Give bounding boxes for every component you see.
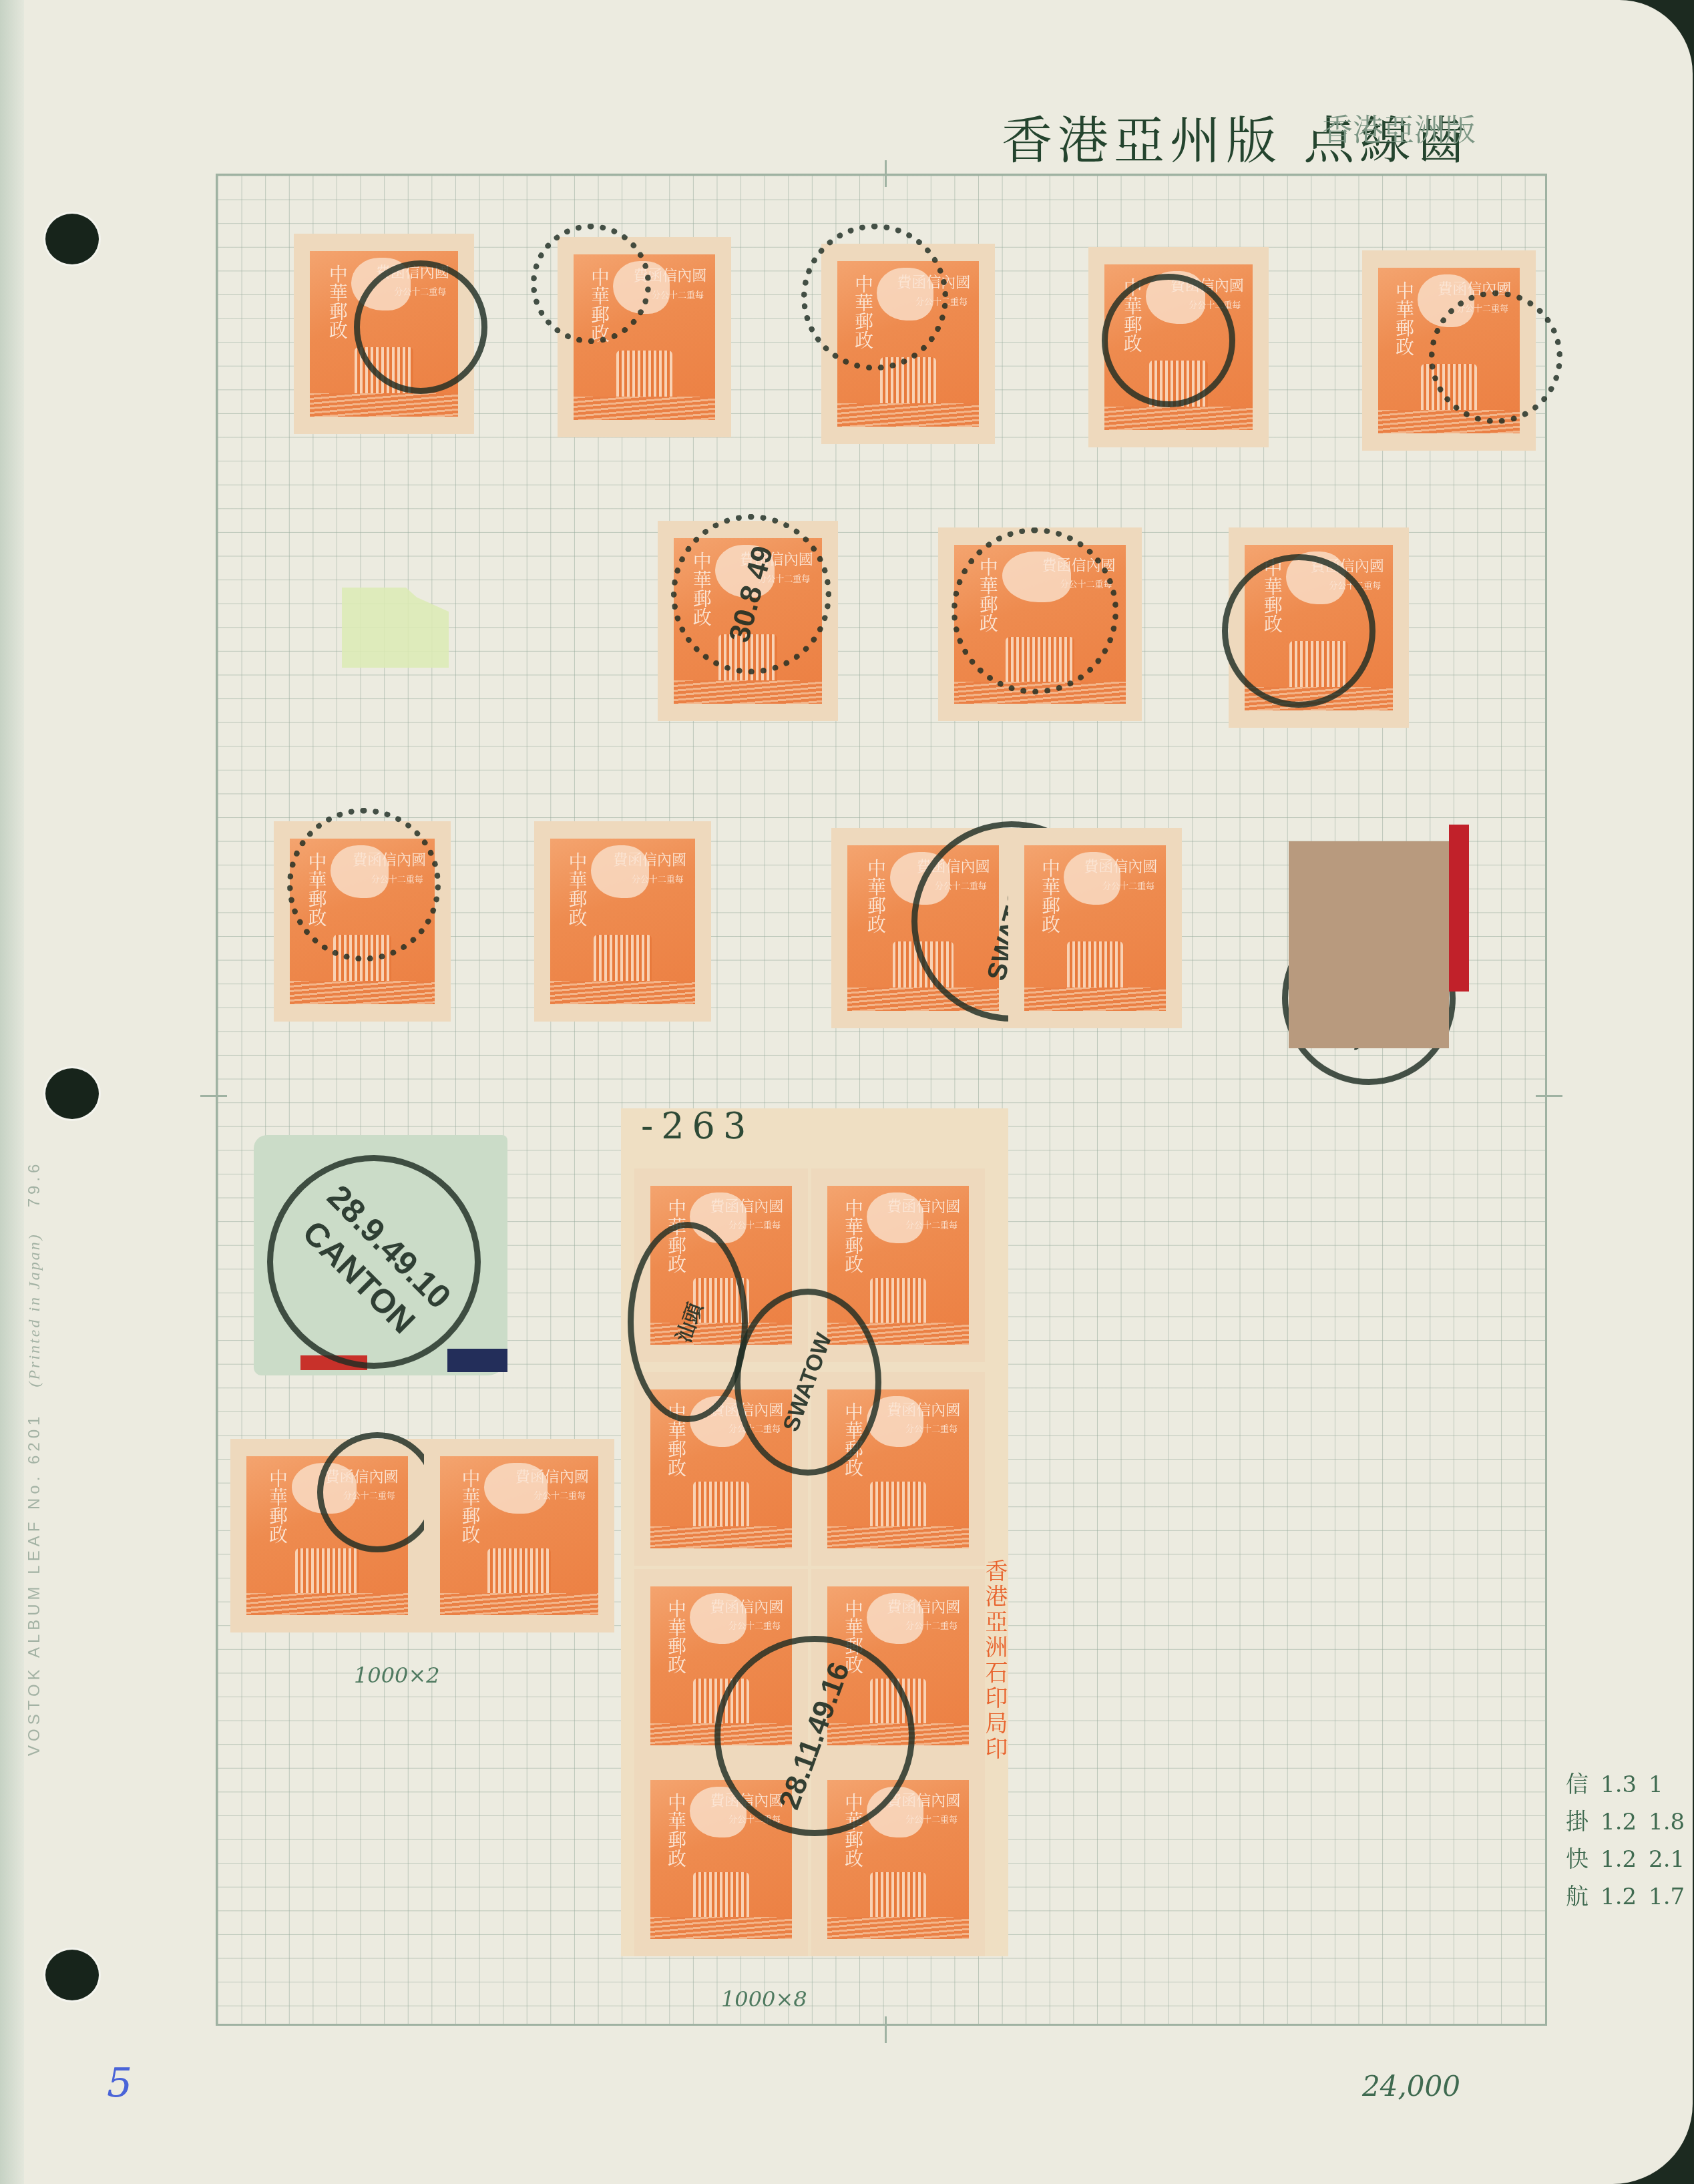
postmark [1429, 290, 1562, 424]
pair-quantity: 1000×2 [354, 1663, 440, 1688]
rate-text: 分公十二重每 [1102, 879, 1154, 891]
value-a: 1.2 [1601, 1884, 1637, 1910]
ground [837, 403, 979, 427]
center-mark [1536, 1095, 1562, 1097]
locomotive [870, 1482, 927, 1529]
locomotive [295, 1548, 360, 1596]
binder-hole [45, 1950, 99, 2000]
ground [290, 981, 435, 1004]
ground [246, 1593, 408, 1615]
locomotive [487, 1548, 551, 1596]
ground [674, 680, 822, 704]
postmark-date: 28.11.49.16 [773, 1658, 857, 1813]
country-text: 中華郵政 [836, 1198, 864, 1273]
service-text: 費函信內國 [887, 1195, 960, 1216]
value-a: 1.2 [1601, 1809, 1637, 1835]
stamp: 中華郵政費函信內國分公十二重每 [424, 1439, 614, 1632]
stamp: 中華郵政費函信內國分公十二重每 [274, 821, 451, 1022]
service-text: 費函信內國 [887, 1596, 960, 1616]
stamp: 中華郵政費函信內國分公十二重每 [1088, 247, 1269, 447]
binder-hole [45, 1068, 99, 1119]
postmark-cn: 汕頭 [667, 1298, 708, 1345]
swatow-postmark: SWATOW [734, 1289, 881, 1476]
stamp: 中華郵政費函信內國分公十二重每 [1008, 828, 1182, 1028]
service-text: 費函信內國 [710, 1195, 783, 1216]
stamp-design: 中華郵政費函信內國分公十二重每 [550, 839, 695, 1004]
page-number: 5 [107, 2060, 132, 2107]
ground [827, 1526, 969, 1548]
stamp: 中華郵政費函信內國分公十二重每 [821, 244, 995, 444]
value-label: 快 [1566, 1846, 1589, 1873]
album-leaf-imprint: VOSTOK ALBUM LEAF No. 6201 (Printed in J… [25, 1160, 44, 1756]
ground [574, 397, 715, 420]
stamp: 中華郵政費函信內國分公十二重每 [534, 821, 711, 1022]
postmark-text: 28.9.49.10 CANTON [288, 1176, 460, 1348]
country-text: 中華郵政 [256, 1469, 288, 1544]
ground [650, 1526, 792, 1548]
stamp: 中華郵政費函信內國分公十二重每 [230, 1439, 424, 1632]
value-b: 2.1 [1649, 1846, 1685, 1873]
rate-text: 分公十二重每 [728, 1218, 781, 1231]
sheet-number: -263 [641, 1105, 754, 1147]
postmark [1222, 554, 1375, 708]
rate-text: 分公十二重每 [905, 1812, 958, 1825]
album-page: VOSTOK ALBUM LEAF No. 6201 (Printed in J… [0, 0, 1693, 2184]
ground [310, 393, 458, 417]
rate-text: 分公十二重每 [728, 1618, 781, 1631]
block-quantity: 1000×8 [721, 1986, 807, 2012]
stamp: 中華郵政費函信內國分公十二重每30.8 49 [658, 521, 838, 721]
country-text: 中華郵政 [1033, 859, 1061, 933]
locomotive [870, 1278, 927, 1325]
ground [650, 1917, 792, 1939]
swatow-postmark: 28.11.49.16 [714, 1636, 915, 1836]
stamp: 中華郵政費函信內國分公十二重每 [558, 237, 731, 437]
stamp-design: 中華郵政費函信內國分公十二重每 [440, 1456, 598, 1615]
country-text: 中華郵政 [559, 852, 588, 927]
rate-text: 分公十二重每 [534, 1488, 586, 1501]
stamp: 中華郵政費函信內國分公十二重每 [1229, 527, 1409, 728]
postmark: 30.8 49 [671, 514, 831, 674]
postmark [317, 1432, 437, 1552]
leaf-name: VOSTOK ALBUM LEAF No. 6201 [25, 1413, 43, 1756]
country-text: 中華郵政 [319, 264, 348, 339]
locomotive [616, 351, 673, 400]
rate-text: 分公十二重每 [652, 288, 704, 300]
service-text: 費函信內國 [613, 849, 686, 869]
postmark [1102, 274, 1235, 407]
value-table: 信1.31掛1.21.8快1.22.1航1.21.7 [1566, 1766, 1685, 1916]
airmail-stripe-blue [447, 1349, 507, 1372]
value-row: 信1.31 [1566, 1766, 1685, 1803]
locomotive [693, 1482, 750, 1529]
stamp-design: 中華郵政費函信內國分公十二重每 [1024, 845, 1166, 1011]
locomotive [594, 935, 652, 984]
leaf-note: (Printed in Japan) [26, 1233, 43, 1387]
postmark-text: 30.8 49 [722, 543, 780, 646]
page-title-annotation: 香港亞洲版 [1322, 105, 1476, 150]
country-text: 中華郵政 [1387, 281, 1415, 356]
postmark [531, 224, 651, 344]
postmark [801, 224, 948, 371]
registration-label-edge [1449, 825, 1469, 992]
value-b: 1.8 [1649, 1809, 1685, 1835]
rate-text: 分公十二重每 [632, 872, 684, 885]
binder-hole [45, 214, 99, 264]
swatow-postmark: 汕頭 [628, 1222, 748, 1422]
rate-text: 分公十二重每 [905, 1218, 958, 1231]
service-text: 費函信內國 [887, 1399, 960, 1419]
locomotive [870, 1872, 927, 1920]
ground [550, 981, 695, 1004]
value-a: 1.3 [1601, 1771, 1637, 1798]
postmark [354, 260, 487, 394]
cover-piece [1289, 841, 1449, 1048]
service-text: 費函信內國 [515, 1466, 589, 1486]
canton-postmark: 28.9.49.10 CANTON [267, 1155, 481, 1369]
ground [1024, 988, 1166, 1011]
service-text: 費函信內國 [887, 1789, 960, 1810]
stamp: 中華郵政費函信內國分公十二重每 [1362, 250, 1536, 451]
rate-text: 分公十二重每 [905, 1422, 958, 1434]
center-mark [885, 2016, 887, 2043]
country-text: 中華郵政 [659, 1793, 687, 1868]
country-text: 中華郵政 [449, 1469, 481, 1544]
locomotive [693, 1872, 750, 1920]
country-text: 中華郵政 [857, 859, 887, 933]
value-b: 1 [1649, 1771, 1663, 1798]
center-mark [200, 1095, 227, 1097]
postmark [287, 808, 441, 961]
value-label: 掛 [1566, 1809, 1589, 1835]
stamp: 中華郵政費函信內國分公十二重每SWATOW [831, 828, 1015, 1028]
rate-text: 分公十二重每 [905, 1618, 958, 1631]
value-row: 航1.21.7 [1566, 1878, 1685, 1916]
ground [827, 1917, 969, 1939]
stamp: 中華郵政費函信內國分公十二重每 [294, 234, 474, 434]
value-label: 信 [1566, 1771, 1589, 1798]
price-note: 24,000 [1362, 2070, 1460, 2103]
country-text: 中華郵政 [659, 1599, 687, 1674]
value-b: 1.7 [1649, 1884, 1685, 1910]
value-label: 航 [1566, 1884, 1589, 1910]
service-text: 費函信內國 [1084, 855, 1157, 876]
value-row: 快1.22.1 [1566, 1841, 1685, 1878]
ground [440, 1593, 598, 1615]
leaf-code: 79.6 [25, 1160, 43, 1208]
postmark [951, 527, 1118, 694]
stamp: 中華郵政費函信內國分公十二重每 [938, 527, 1142, 721]
value-row: 掛1.21.8 [1566, 1803, 1685, 1841]
center-mark [885, 160, 887, 187]
ground [1104, 407, 1253, 430]
postmark-city: SWATOW [778, 1329, 837, 1435]
service-text: 費函信內國 [710, 1596, 783, 1616]
locomotive [1067, 941, 1124, 991]
value-a: 1.2 [1601, 1846, 1637, 1873]
